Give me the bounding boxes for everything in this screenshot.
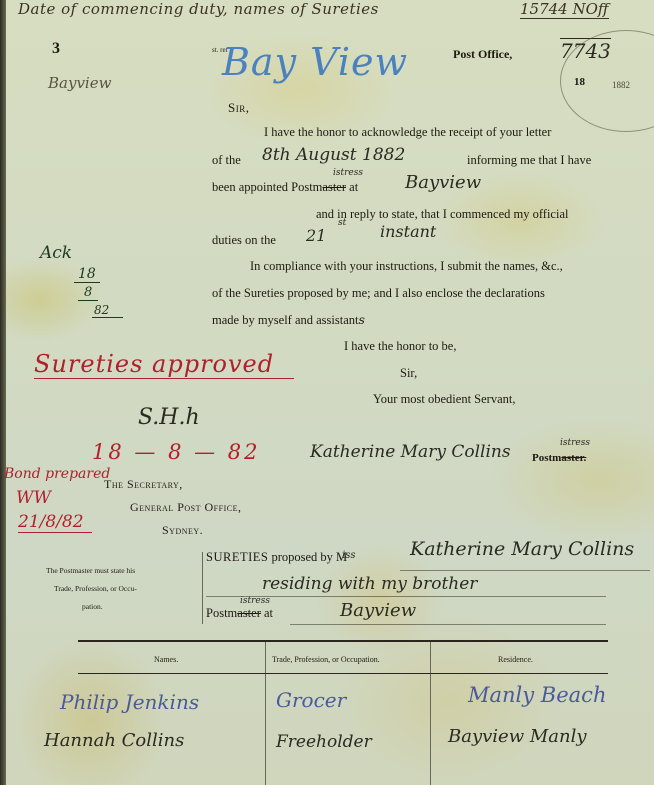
top-annotation: Date of commencing duty, names of Sureti… bbox=[18, 0, 379, 18]
surety-1-name: Philip Jenkins bbox=[60, 690, 199, 714]
duty-day-suffix: st bbox=[338, 218, 346, 228]
closing-line-3: Your most obedient Servant, bbox=[373, 392, 515, 407]
occupation-handwritten: residing with my brother bbox=[262, 574, 477, 594]
addressee-line-1: The Secretary, bbox=[104, 477, 183, 492]
office-name-handwritten: Bay View bbox=[222, 40, 408, 84]
table-top-rule bbox=[78, 640, 608, 642]
side-note-line-1: The Postmaster must state his bbox=[46, 566, 135, 575]
postmistress-insert: istress bbox=[333, 168, 363, 178]
addressee-line-3: Sydney. bbox=[162, 523, 203, 538]
proposer-name-handwritten: Katherine Mary Collins bbox=[410, 538, 634, 560]
body-line-3-prefix: been appointed Postmaster at bbox=[212, 180, 358, 195]
pencil-note-place: Bayview bbox=[48, 74, 111, 92]
approval-initials: S.H.h bbox=[138, 405, 200, 430]
sureties-heading: SURETIES proposed by M bbox=[206, 550, 347, 565]
surety-2-name: Hannah Collins bbox=[44, 730, 184, 751]
table-col-divider-1 bbox=[265, 642, 266, 785]
compliance-line-1: In compliance with your instructions, I … bbox=[250, 259, 563, 274]
ack-label: Ack bbox=[40, 243, 72, 263]
postmistress-insert-2: istress bbox=[240, 596, 270, 606]
sureties-approved-note: Sureties approved bbox=[34, 350, 294, 379]
top-reference-number: 15744 NOff bbox=[520, 0, 609, 19]
duty-day-handwritten: 21 bbox=[306, 226, 326, 245]
compliance-line-2: of the Sureties proposed by me; and I al… bbox=[212, 286, 545, 301]
compliance-line-3: made by myself and assistants bbox=[212, 312, 365, 328]
surety-1-occupation: Grocer bbox=[276, 688, 346, 712]
duty-month-handwritten: instant bbox=[380, 222, 436, 241]
body-line-4: and in reply to state, that I commenced … bbox=[316, 207, 568, 222]
page-edge-shadow bbox=[0, 0, 6, 785]
bond-date: 21/8/82 bbox=[18, 512, 92, 533]
signature-name-handwritten: Katherine Mary Collins bbox=[310, 442, 511, 462]
body-line-2-prefix: of the bbox=[212, 153, 241, 168]
column-header-occupation: Trade, Profession, or Occupation. bbox=[272, 655, 380, 664]
place-underline bbox=[290, 624, 606, 625]
document-paper bbox=[0, 0, 654, 785]
table-header-rule bbox=[78, 673, 608, 674]
body-line-1: I have the honor to acknowledge the rece… bbox=[264, 125, 551, 140]
approval-date-red: 18 — 8 — 82 bbox=[92, 440, 261, 464]
surety-2-occupation: Freeholder bbox=[276, 732, 372, 752]
bond-prepared-note: Bond prepared bbox=[4, 466, 110, 482]
post-office-label: Post Office, bbox=[453, 47, 512, 62]
appointed-place-handwritten: Bayview bbox=[405, 172, 481, 193]
body-line-5-prefix: duties on the bbox=[212, 233, 276, 248]
signature-title: Postmaster. bbox=[532, 452, 586, 464]
ack-month: 8 bbox=[78, 285, 98, 301]
closing-line-2: Sir, bbox=[400, 366, 417, 381]
proposer-underline bbox=[400, 570, 650, 571]
side-note-line-2: Trade, Profession, or Occu- bbox=[54, 584, 137, 593]
stamp-date: 1882 bbox=[612, 80, 630, 90]
postmaster-at-label: Postmaster at bbox=[206, 606, 273, 621]
addressee-line-2: General Post Office, bbox=[130, 500, 241, 515]
proposed-by-insert: iss bbox=[342, 550, 355, 561]
letter-date-handwritten: 8th August 1882 bbox=[262, 145, 405, 165]
signature-title-insert: istress bbox=[560, 438, 590, 448]
closing-line-1: I have the honor to be, bbox=[344, 339, 456, 354]
column-header-residence: Residence. bbox=[498, 655, 533, 664]
column-header-names: Names. bbox=[154, 655, 178, 664]
table-col-divider-2 bbox=[430, 642, 431, 785]
bond-initials: WW bbox=[16, 488, 51, 508]
ack-day: 18 bbox=[74, 266, 100, 283]
surety-1-residence: Manly Beach bbox=[468, 683, 606, 707]
surety-2-residence: Bayview Manly bbox=[448, 726, 587, 747]
side-note-line-3: pation. bbox=[82, 602, 103, 611]
sureties-box-divider bbox=[202, 552, 203, 624]
corner-mark: 3 bbox=[52, 40, 60, 58]
salutation: Sir, bbox=[228, 100, 249, 116]
body-line-2-suffix: informing me that I have bbox=[467, 153, 591, 168]
postmaster-place-handwritten: Bayview bbox=[340, 600, 416, 621]
ack-year: 82 bbox=[92, 303, 123, 318]
